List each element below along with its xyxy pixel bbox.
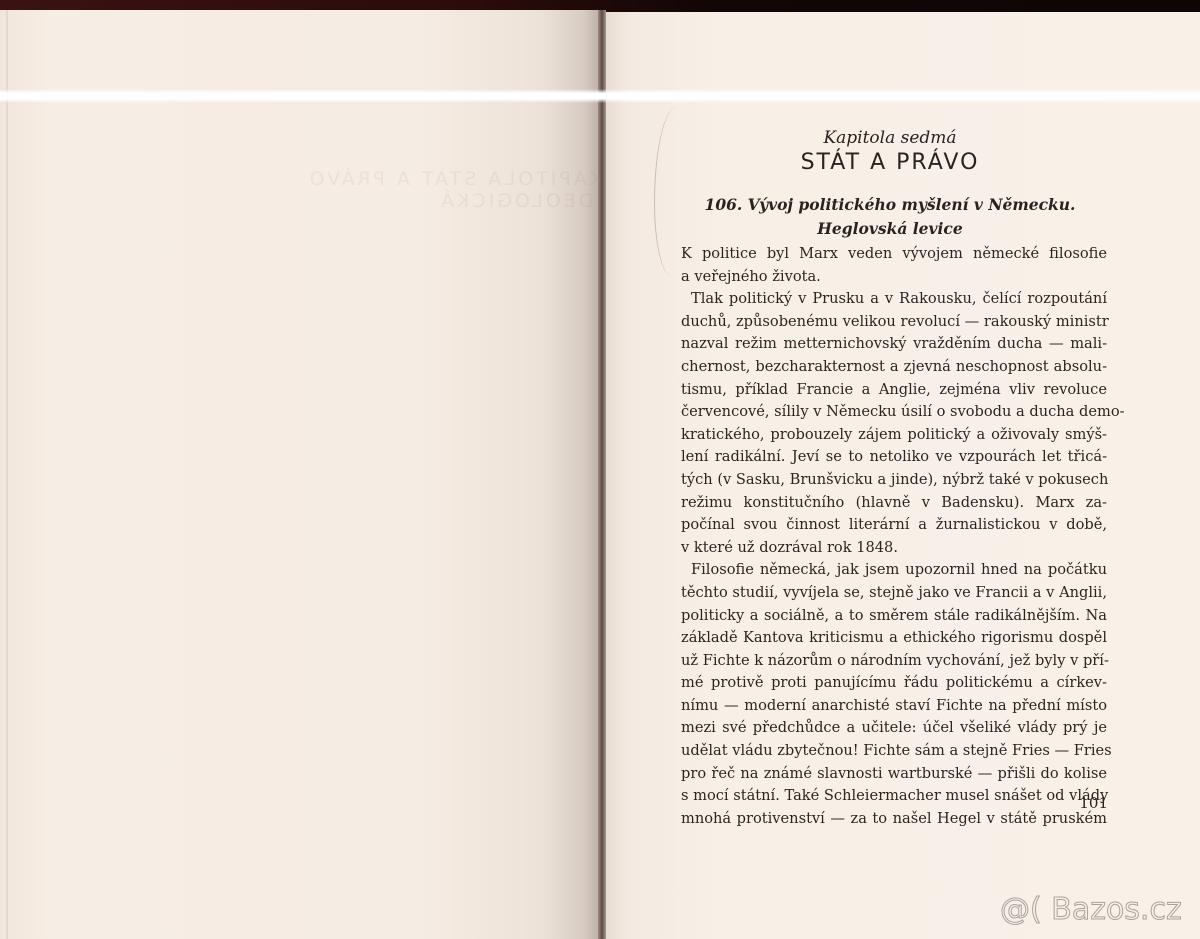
text-line: politicky a sociálně, a to směrem stále … [681,605,1107,628]
text-line: mé protivě proti panujícímu řádu politic… [681,672,1107,695]
scan-light-streak [0,89,1200,103]
text-line: režimu konstitučního (hlavně v Badensku)… [681,492,1107,515]
text-line: kratického, probouzely zájem politický a… [681,424,1107,447]
text-line: K politice byl Marx veden vývojem německ… [681,243,1107,266]
text-line: tismu, příklad Francie a Anglie, zejména… [681,379,1107,402]
text-line: základě Kantova kriticismu a ethického r… [681,627,1107,650]
show-through-text: KAPITOLA STAT A PRÁVO IDEOLOGICKÁ [165,168,602,212]
text-line: mnohá protivenství — za to našel Hegel v… [681,808,1107,831]
chapter-label: Kapitola sedmá [672,128,1108,148]
text-line: červencové, sílily v Německu úsilí o svo… [681,401,1107,424]
page-stack-edge [6,10,8,939]
text-line: udělat vládu zbytečnou! Fichte sám a ste… [681,740,1107,763]
text-line: už Fichte k názorům o národním vychování… [681,650,1107,673]
chapter-title: STÁT A PRÁVO [672,150,1108,175]
text-line: chernost, bezcharakternost a zjevná nesc… [681,356,1107,379]
text-line: pro řeč na známé slavnosti wartburské — … [681,763,1107,786]
text-line: mezi své předchůdce a učitele: účel všel… [681,717,1107,740]
text-line: s mocí státní. Také Schleiermacher musel… [681,785,1107,808]
left-page-blank: KAPITOLA STAT A PRÁVO IDEOLOGICKÁ [0,10,602,939]
text-line: počínal svou činnost literární a žurnali… [681,514,1107,537]
text-line: v které už dozrával rok 1848. [681,537,1107,560]
section-title-line-1: 106. Vývoj politického myšlení v Německu… [672,193,1108,217]
bazos-watermark: @( Bazos.cz [1000,892,1182,927]
section-title-line-2: Heglovská levice [672,217,1108,241]
text-line: lení radikální. Jeví se to netoliko ve v… [681,446,1107,469]
text-line: těchto studií, vyvíjela se, stejně jako … [681,582,1107,605]
text-line: nazval režim metternichovský vražděním d… [681,333,1107,356]
text-line: Tlak politický v Prusku a v Rakousku, če… [681,288,1107,311]
text-line: Filosofie německá, jak jsem upozornil hn… [681,559,1107,582]
text-line: duchů, způsobenému velikou revolucí — ra… [681,311,1107,334]
body-text: K politice byl Marx veden vývojem německ… [681,243,1107,830]
text-line: a veřejného života. [681,266,1107,289]
page-number: 101 [1068,794,1108,812]
book-spine-gutter [598,10,606,939]
section-title: 106. Vývoj politického myšlení v Německu… [672,193,1108,241]
text-line: nímu — moderní anarchisté staví Fichte n… [681,695,1107,718]
text-line: tých (v Sasku, Brunšvicku a jinde), nýbr… [681,469,1107,492]
